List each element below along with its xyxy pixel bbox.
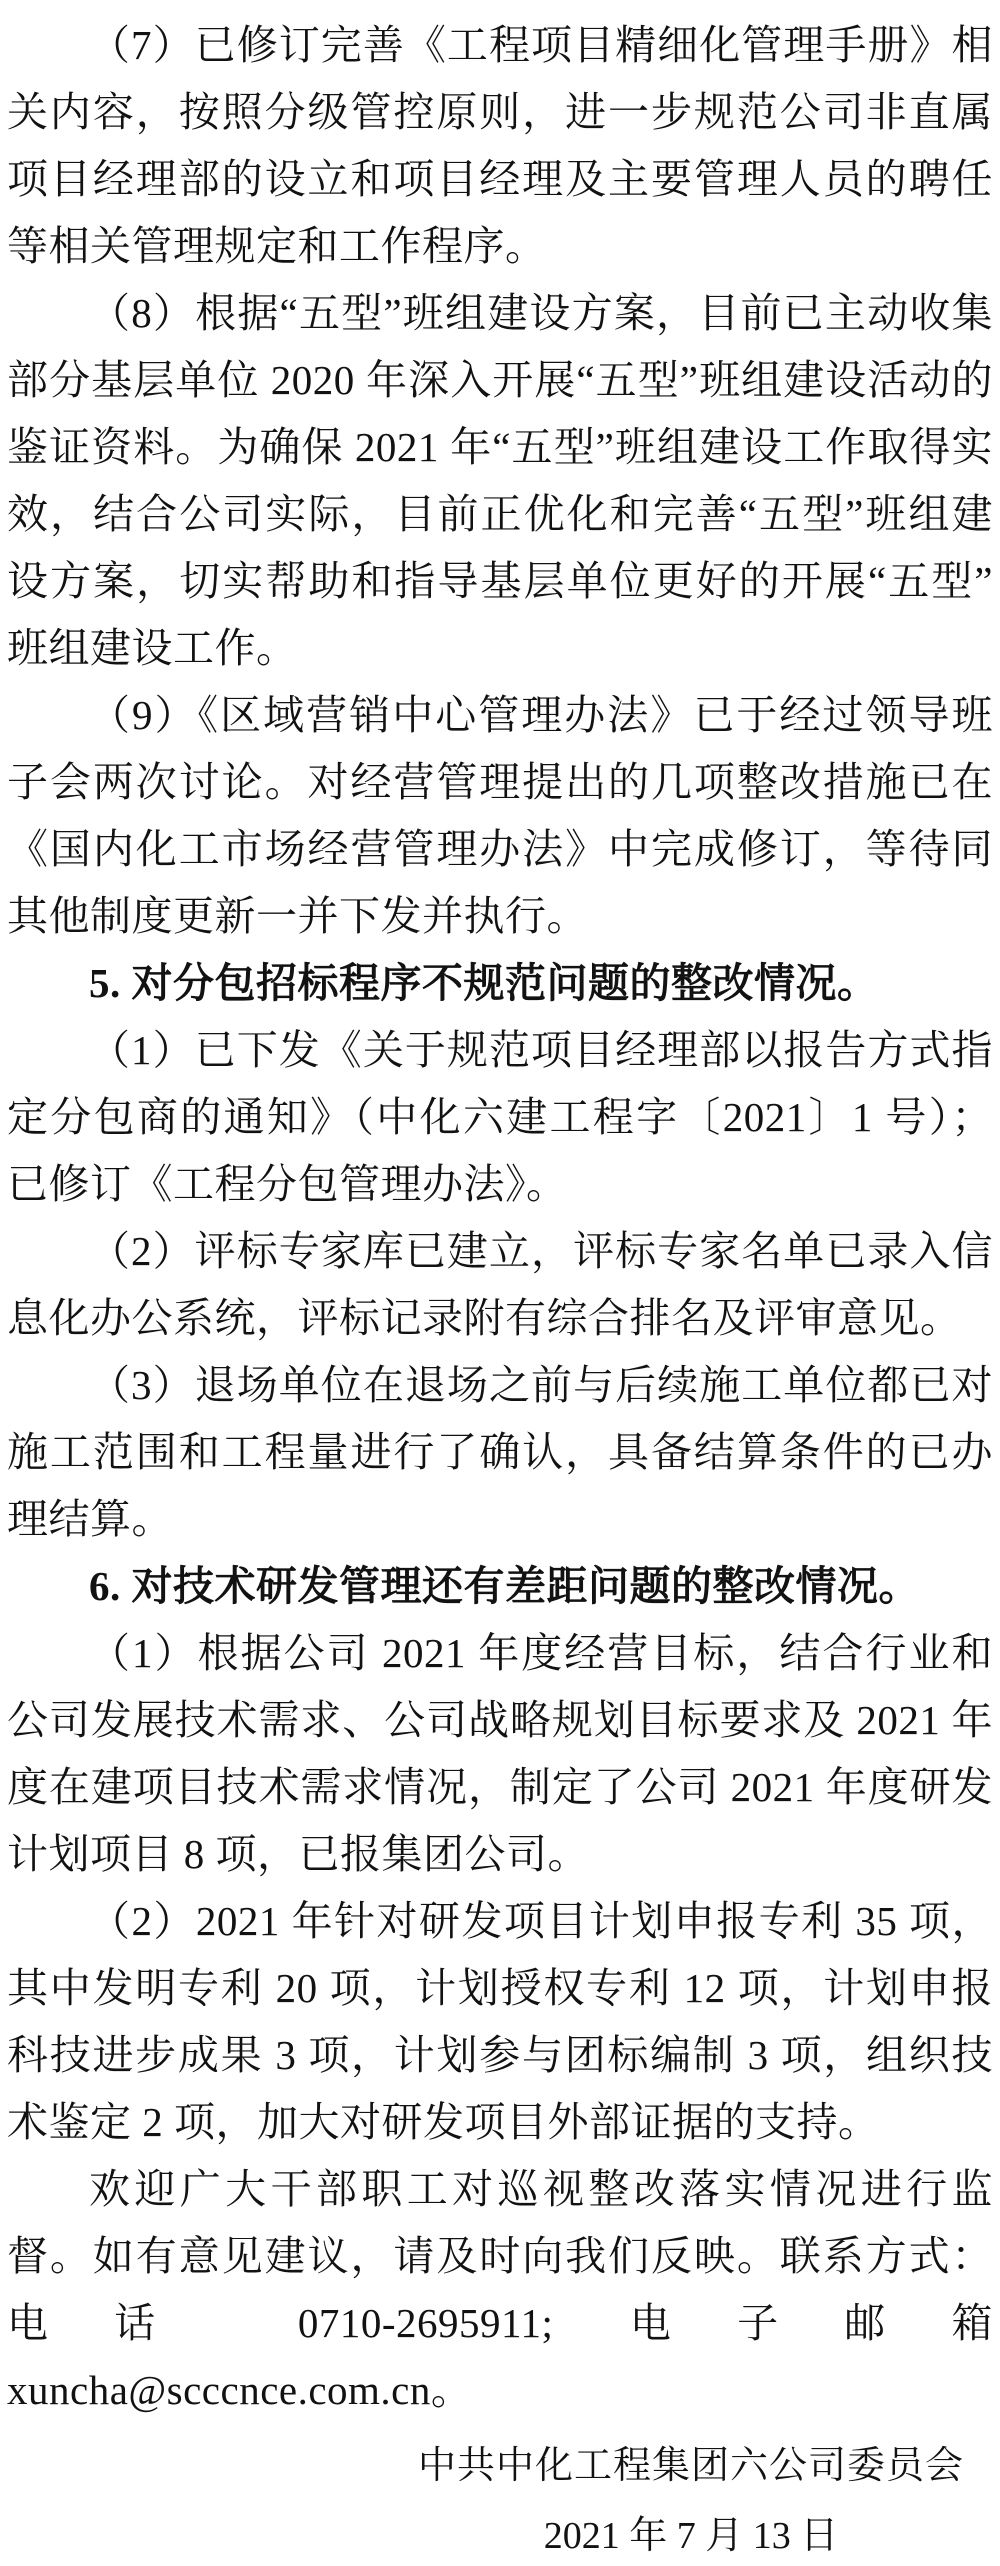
signature-date: 2021 年 7 月 13 日	[418, 2512, 964, 2560]
paragraph-7: （7）已修订完善《工程项目精细化管理手册》相关内容，按照分级管控原则，进一步规范…	[7, 12, 993, 280]
paragraph-5-1: （1）已下发《关于规范项目经理部以报告方式指定分包商的通知》（中化六建工程字〔2…	[7, 1017, 993, 1218]
contact-paragraph: 欢迎广大干部职工对巡视整改落实情况进行监督。如有意见建议，请及时向我们反映。联系…	[7, 2156, 993, 2424]
signature-committee: 中共中化工程集团六公司委员会	[418, 2442, 964, 2490]
paragraph-9: （9）《区域营销中心管理办法》已于经过领导班子会两次讨论。对经营管理提出的几项整…	[7, 682, 993, 950]
paragraph-5-2: （2）评标专家库已建立，评标专家名单已录入信息化办公系统，评标记录附有综合排名及…	[7, 1218, 993, 1352]
section-heading-5: 5. 对分包招标程序不规范问题的整改情况。	[7, 950, 993, 1017]
paragraph-8: （8）根据“五型”班组建设方案，目前已主动收集部分基层单位 2020 年深入开展…	[7, 280, 993, 682]
signature-block: 中共中化工程集团六公司委员会 2021 年 7 月 13 日	[418, 2442, 964, 2560]
document-page: （7）已修订完善《工程项目精细化管理手册》相关内容，按照分级管控原则，进一步规范…	[0, 0, 1000, 2566]
paragraph-6-2: （2）2021 年针对研发项目计划申报专利 35 项，其中发明专利 20 项，计…	[7, 1888, 993, 2156]
paragraph-6-1: （1）根据公司 2021 年度经营目标，结合行业和公司发展技术需求、公司战略规划…	[7, 1620, 993, 1888]
section-heading-6: 6. 对技术研发管理还有差距问题的整改情况。	[7, 1553, 993, 1620]
paragraph-5-3: （3）退场单位在退场之前与后续施工单位都已对施工范围和工程量进行了确认，具备结算…	[7, 1352, 993, 1553]
